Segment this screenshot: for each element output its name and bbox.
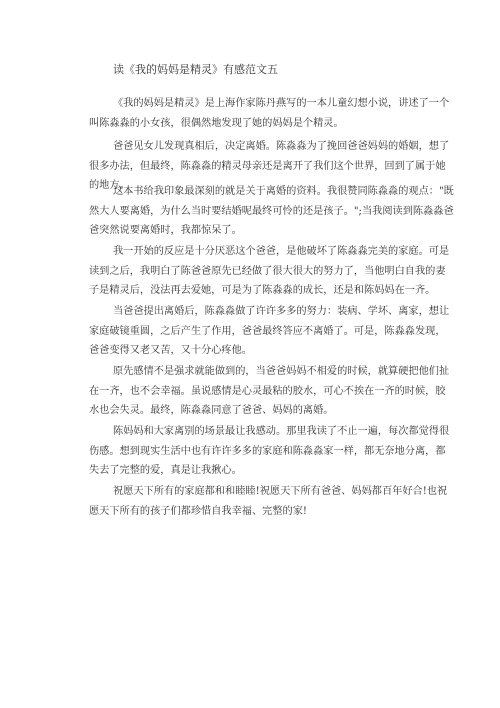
paragraph-8: 祝愿天下所有的家庭都和和睦睦!祝愿天下所有爸爸、妈妈都百年好合!也祝愿天下所有的… — [89, 482, 455, 521]
document-page: 读《我的妈妈是精灵》有感范文五 《我的妈妈是精灵》是上海作家陈丹燕写的一本儿童幻… — [0, 0, 500, 708]
paragraph-4: 我一开始的反应是十分厌恶这个爸爸，是他破坏了陈淼淼完美的家庭。可是读到之后，我明… — [89, 242, 455, 301]
paragraph-3: 这本书给我印象最深刻的就是关于离婚的资料。我很赞同陈淼淼的观点："既然大人要离婚… — [89, 182, 455, 241]
paragraph-5: 当爸爸提出离婚后，陈淼淼做了许许多多的努力：装病、学坏、离家，想让家庭破镜重圆，… — [89, 302, 455, 361]
paragraph-6: 原先感情不是强求就能做到的，当爸爸妈妈不相爱的时候，就算硬把他们扯在一齐，也不会… — [89, 362, 455, 421]
paragraph-7: 陈妈妈和大家离别的场景最让我感动。那里我读了不止一遍，每次都觉得很伤感。想到现实… — [89, 422, 455, 481]
document-title: 读《我的妈妈是精灵》有感范文五 — [113, 63, 278, 77]
paragraph-1: 《我的妈妈是精灵》是上海作家陈丹燕写的一本儿童幻想小说，讲述了一个叫陈淼淼的小女… — [89, 94, 455, 133]
